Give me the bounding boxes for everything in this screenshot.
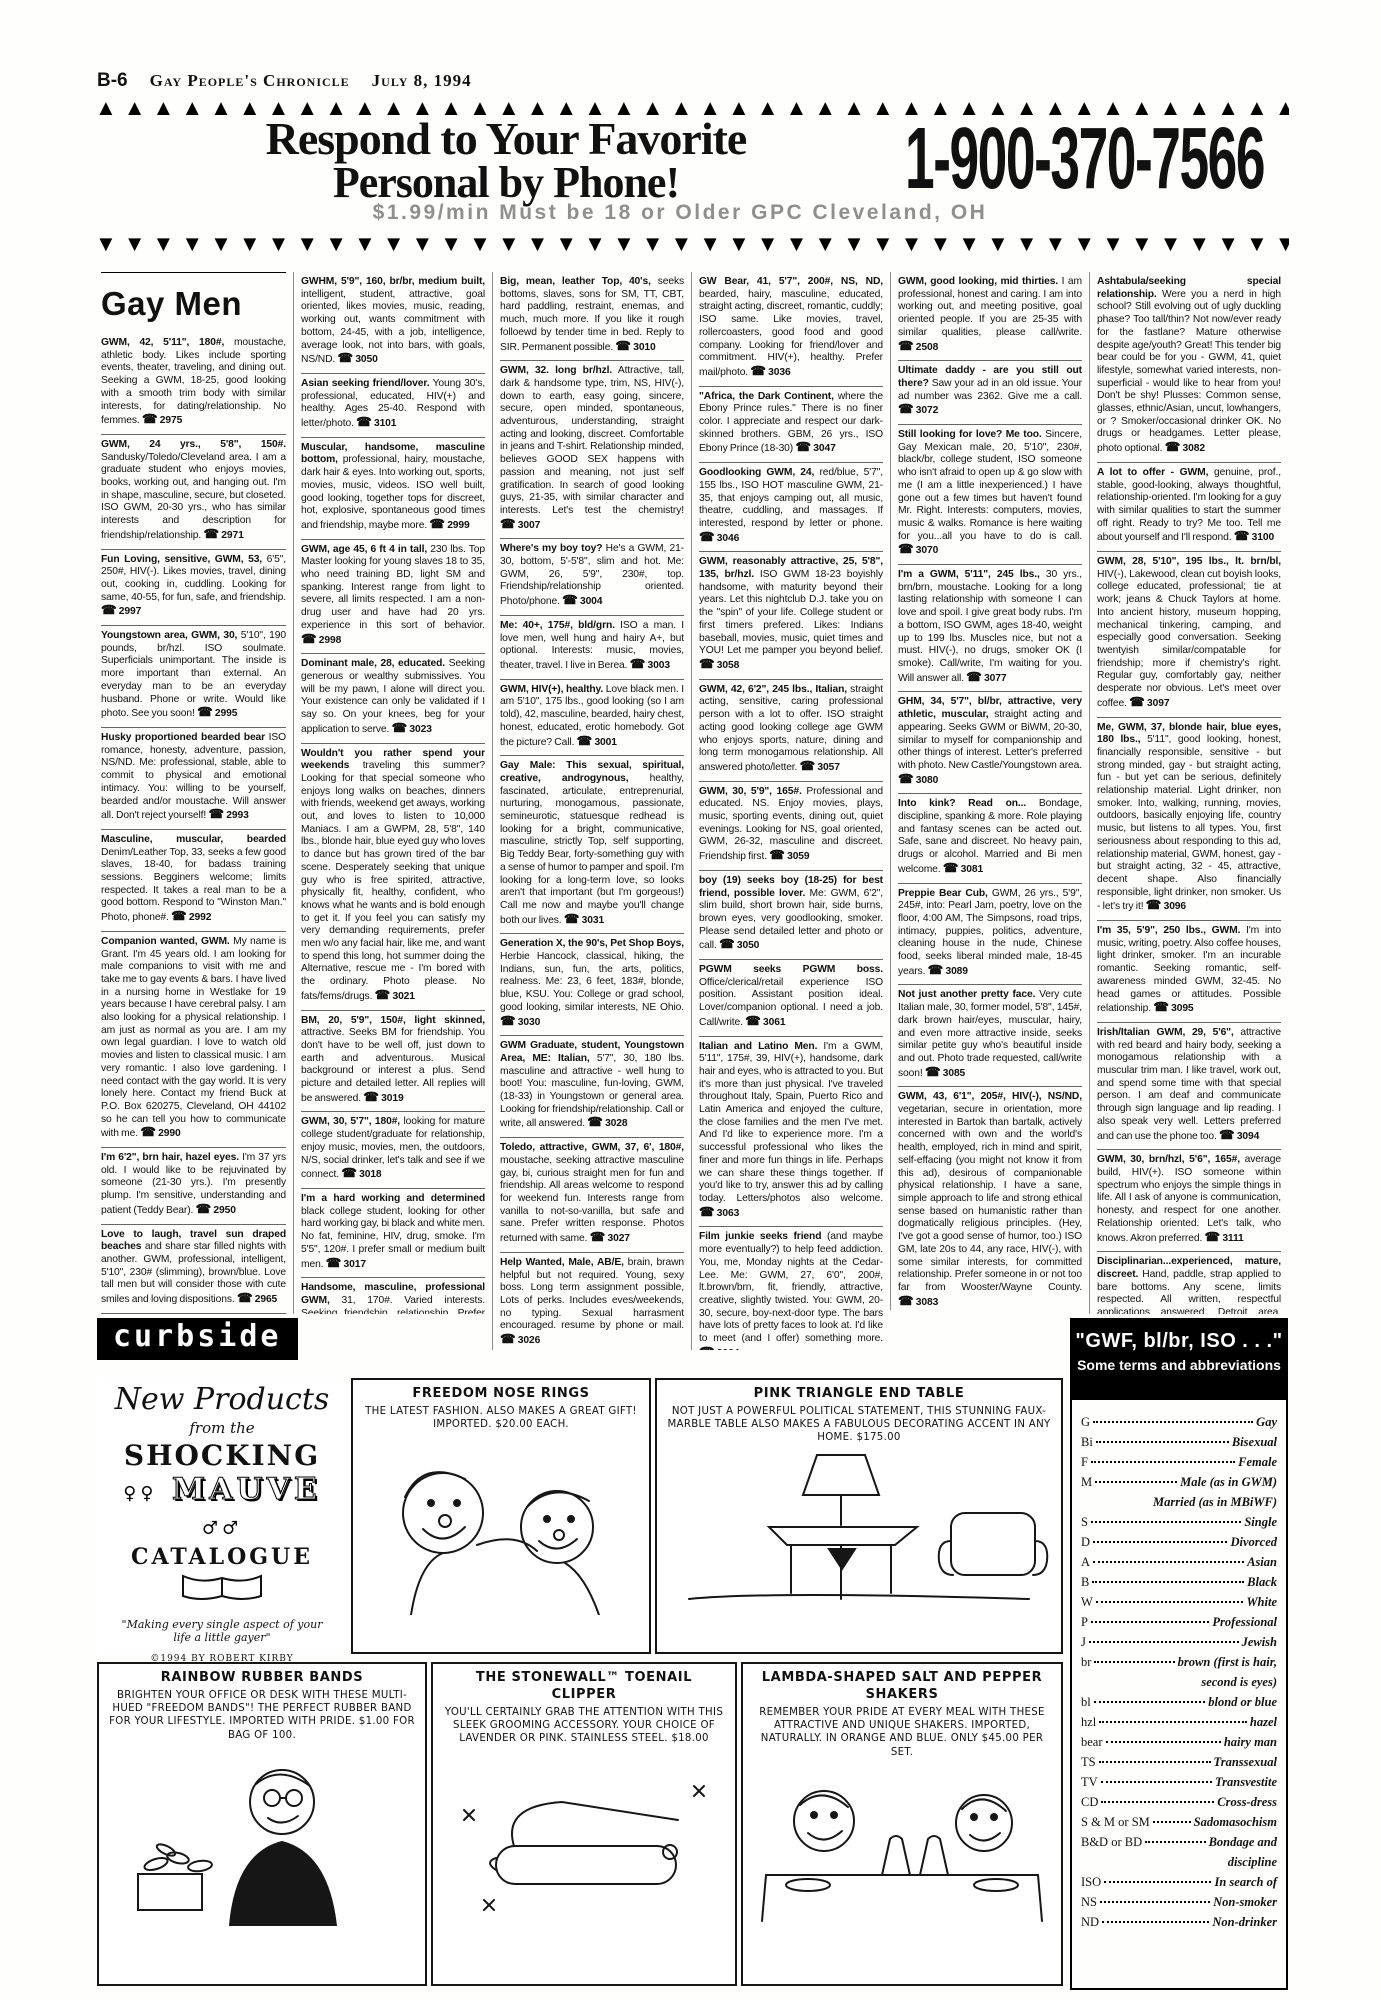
ad-body: Attractive, tall, dark & handsome type, … bbox=[500, 365, 684, 516]
personal-ad: Ashtabula/seeking special relationship. … bbox=[1097, 272, 1281, 463]
ad-phone-extension: ☎ 3004 bbox=[562, 596, 602, 607]
personals-column-5: GWM, good looking, mid thirties. I am pr… bbox=[890, 272, 1089, 1310]
abbreviation: TS bbox=[1081, 1752, 1096, 1772]
abbreviation-term: discipline bbox=[1228, 1852, 1277, 1872]
banner-phone-number: 1-900-370-7566 bbox=[905, 108, 1264, 208]
personal-ad: GWM, 30, brn/hzl, 5'6", 165#, average bu… bbox=[1097, 1150, 1281, 1252]
dotted-leader bbox=[1099, 1721, 1247, 1723]
ad-phone-extension: ☎ 3010 bbox=[615, 342, 655, 353]
ad-phone-extension: ☎ 3100 bbox=[1234, 532, 1274, 543]
abbreviation: S bbox=[1081, 1512, 1088, 1532]
ad-phone-extension: ☎ 3089 bbox=[928, 966, 968, 977]
abbreviation: hzl bbox=[1081, 1712, 1096, 1732]
ad-phone-extension: ☎ 3072 bbox=[898, 405, 938, 416]
ad-phone-extension: ☎ 3030 bbox=[500, 1017, 540, 1028]
ad-lead: Not just another pretty face. bbox=[898, 989, 1035, 1000]
personal-ad: GW Bear, 41, 5'7", 200#, NS, ND, bearded… bbox=[699, 272, 883, 387]
ad-body: bearded, hairy, masculine, educated, str… bbox=[699, 289, 883, 378]
personal-ad: I'm 35, 5'9", 250 lbs., GWM. I'm into mu… bbox=[1097, 921, 1281, 1023]
phone-icon: ☎ bbox=[500, 1014, 515, 1028]
abbreviation: P bbox=[1081, 1612, 1088, 1632]
ad-lead: Big, mean, leather Top, 40's, bbox=[500, 276, 651, 287]
personal-ad: GWM, reasonably attractive, 25, 5'8", 13… bbox=[699, 552, 883, 679]
dotted-leader bbox=[1145, 1841, 1205, 1843]
phone-icon: ☎ bbox=[1234, 529, 1249, 543]
ad-phone-extension: ☎ 2999 bbox=[429, 520, 469, 531]
phone-icon: ☎ bbox=[356, 415, 371, 429]
abbreviation-term: Married (as in MBiWF) bbox=[1153, 1492, 1277, 1512]
abbreviation: CD bbox=[1081, 1792, 1098, 1812]
ad-phone-extension: ☎ 3003 bbox=[630, 660, 670, 671]
ad-body: attractive with red beard and hairy body… bbox=[1097, 1027, 1281, 1142]
ad-lead: I'm a GWM, 5'11", 245 lbs., bbox=[898, 569, 1040, 580]
ad-body: GWM, 26 yrs., 5'9", 245#, into: Pearl Ja… bbox=[898, 888, 1082, 977]
ad-lead: I'm a hard working and determined bbox=[301, 1193, 485, 1204]
ad-lead: GWM, good looking, mid thirties. bbox=[898, 276, 1058, 287]
phone-icon: ☎ bbox=[699, 530, 714, 544]
phone-icon: ☎ bbox=[140, 1125, 155, 1139]
personal-ad: Me: 40+, 175#, bld/grn. ISO a man. I lov… bbox=[500, 616, 684, 680]
ad-body: Herbie Hancock, classical, hiking, the I… bbox=[500, 951, 684, 1013]
ad-phone-extension: ☎ 3097 bbox=[1129, 698, 1169, 709]
panel-caption: RAINBOW RUBBER BANDS BRIGHTEN YOUR OFFIC… bbox=[99, 1664, 425, 1746]
abbreviation-term: Divorced bbox=[1230, 1532, 1277, 1552]
personal-ad: Into kink? Read on... Bondage, disciplin… bbox=[898, 794, 1082, 883]
ad-phone-extension: ☎ 2975 bbox=[142, 415, 182, 426]
abbreviation-term: second is eyes) bbox=[1201, 1672, 1277, 1692]
dotted-leader bbox=[1091, 1621, 1209, 1623]
ad-lead: Still looking for love? Me too. bbox=[898, 429, 1042, 440]
ad-body: straight acting, sensitive, caring profe… bbox=[699, 684, 883, 773]
ad-phone-extension: ☎ 3018 bbox=[341, 1169, 381, 1180]
ad-phone-extension: ☎ 3094 bbox=[1219, 1131, 1259, 1142]
ad-lead: Me: 40+, 175#, bld/grn. bbox=[500, 620, 615, 631]
panel-caption: THE STONEWALL™ TOENAIL CLIPPER YOU'LL CE… bbox=[433, 1664, 735, 1750]
phone-icon: ☎ bbox=[590, 1230, 605, 1244]
catalog-tagline: "Making every single aspect of your life… bbox=[97, 1618, 347, 1644]
phone-icon: ☎ bbox=[171, 909, 186, 923]
catalog-line-1: New Products bbox=[97, 1382, 347, 1417]
ad-phone-extension: ☎ 3064 bbox=[699, 1348, 739, 1350]
dotted-leader bbox=[1093, 1421, 1253, 1423]
dotted-leader bbox=[1099, 1761, 1211, 1763]
panel-title: LAMBDA-SHAPED SALT AND PEPPER SHAKERS bbox=[751, 1670, 1053, 1704]
phone-icon: ☎ bbox=[500, 1332, 515, 1346]
abbreviation: G bbox=[1081, 1412, 1090, 1432]
ad-phone-extension: ☎ 3070 bbox=[898, 545, 938, 556]
ad-lead: GWM, 30, 5'7", 180#, bbox=[301, 1116, 400, 1127]
ad-lead: GWM, HIV(+), healthy. bbox=[500, 684, 603, 695]
phone-icon: ☎ bbox=[338, 351, 353, 365]
personal-ad: GWM, 42, 6'2", 245 lbs., Italian, straig… bbox=[699, 680, 883, 782]
ad-body: Bondage, discipline, spanking & more. Ro… bbox=[898, 798, 1082, 875]
ad-lead: GWHM, 5'9", 160, br/br, medium built, bbox=[301, 276, 485, 287]
abbreviation: Bi bbox=[1081, 1432, 1093, 1452]
dotted-leader bbox=[1091, 1521, 1241, 1523]
comic-panel-toenail-clipper: THE STONEWALL™ TOENAIL CLIPPER YOU'LL CE… bbox=[431, 1662, 737, 1986]
abbreviation-row: CDCross-dress bbox=[1081, 1792, 1277, 1812]
phone-icon: ☎ bbox=[800, 759, 815, 773]
personal-ad: GWM, HIV(+), healthy. Love black men. I … bbox=[500, 680, 684, 757]
abbreviation: ND bbox=[1081, 1912, 1099, 1932]
ad-phone-extension: ☎ 3083 bbox=[898, 1297, 938, 1308]
abbreviation-row: GGay bbox=[1081, 1412, 1277, 1432]
dotted-leader bbox=[1106, 1741, 1221, 1743]
ad-lead: GWM, 30, brn/hzl, 5'6", 165#, bbox=[1097, 1154, 1240, 1165]
personal-ad: Toledo, attractive, GWM, 37, 6', 180#, m… bbox=[500, 1138, 684, 1253]
panel-caption: PINK TRIANGLE END TABLE NOT JUST A POWER… bbox=[657, 1380, 1061, 1449]
abbreviation-term: In search of bbox=[1214, 1872, 1277, 1892]
personal-ad: I'm a hard working and determined black … bbox=[301, 1189, 485, 1278]
personal-ad: I'm a GWM, 5'11", 245 lbs., 30 yrs., brn… bbox=[898, 565, 1082, 692]
abbreviation-term: Bisexual bbox=[1232, 1432, 1277, 1452]
abbreviation: A bbox=[1081, 1552, 1090, 1572]
ad-phone-extension: ☎ 2950 bbox=[196, 1205, 236, 1216]
ad-phone-extension: ☎ 3057 bbox=[800, 762, 840, 773]
ad-phone-extension: ☎ 2992 bbox=[171, 912, 211, 923]
personal-ad: GWM, age 45, 6 ft 4 in tall, 230 lbs. To… bbox=[301, 540, 485, 655]
curbside-strip-title: curbside bbox=[97, 1318, 298, 1360]
ad-phone-extension: ☎ 3063 bbox=[699, 1208, 739, 1219]
ad-body: 5'11", good looking, honest, financially… bbox=[1097, 734, 1281, 912]
ad-phone-extension: ☎ 3031 bbox=[564, 915, 604, 926]
ad-phone-extension: ☎ 3028 bbox=[587, 1118, 627, 1129]
personals-columns: Gay Men GWM, 42, 5'11", 180#, moustache,… bbox=[94, 272, 1288, 1350]
dotted-leader bbox=[1101, 1801, 1214, 1803]
abbreviation-row: ISOIn search of bbox=[1081, 1872, 1277, 1892]
abbreviation-row: discipline bbox=[1081, 1852, 1277, 1872]
ad-lead: Italian and Latino Men. bbox=[699, 1041, 817, 1052]
abbreviation-row: SSingle bbox=[1081, 1512, 1277, 1532]
ad-lead: Fun Loving, sensitive, GWM, 53, bbox=[101, 554, 262, 565]
personal-ad: Wouldn't you rather spend your weekends … bbox=[301, 744, 485, 1011]
abbreviation: TV bbox=[1081, 1772, 1098, 1792]
ad-body: Were you a nerd in high school? Still ev… bbox=[1097, 289, 1281, 454]
personal-ad: GWM, 28, 5'10", 195 lbs., lt. brn/bl, HI… bbox=[1097, 552, 1281, 717]
phone-icon: ☎ bbox=[943, 861, 958, 875]
ad-lead: Help Wanted, Male, AB/E, bbox=[500, 1257, 624, 1268]
ad-body: Sandusky/Toledo/Cleveland area. I am a g… bbox=[101, 452, 286, 541]
personal-ad: Goodlooking GWM, 24, red/blue, 5'7", 155… bbox=[699, 463, 883, 552]
abbreviation: M bbox=[1081, 1472, 1092, 1492]
phone-icon: ☎ bbox=[326, 1256, 341, 1270]
open-catalog-icon bbox=[177, 1570, 267, 1604]
personal-ad: GWM Graduate, student, Youngstown Area, … bbox=[500, 1036, 684, 1138]
ad-phone-extension: ☎ 3050 bbox=[719, 940, 759, 951]
personal-ad: Preppie Bear Cub, GWM, 26 yrs., 5'9", 24… bbox=[898, 884, 1082, 986]
ad-lead: GWM, 30, 5'9", 165#. bbox=[699, 786, 802, 797]
comic-strip: New Products from the SHOCKING ♀♀ MAUVE … bbox=[97, 1372, 1063, 1990]
ad-lead: Goodlooking GWM, 24, bbox=[699, 467, 814, 478]
comic-panel-shakers: LAMBDA-SHAPED SALT AND PEPPER SHAKERS RE… bbox=[741, 1662, 1063, 1986]
personal-ad: Help Wanted, Male, AB/E, brain, brawn he… bbox=[500, 1253, 684, 1350]
panel-body: YOU'LL CERTAINLY GRAB THE ATTENTION WITH… bbox=[445, 1707, 723, 1745]
ad-lead: Preppie Bear Cub, bbox=[898, 888, 988, 899]
ad-phone-extension: ☎ 3082 bbox=[1165, 443, 1205, 454]
ad-phone-extension: ☎ 3111 bbox=[1205, 1233, 1244, 1244]
abbreviation-row: hzlhazel bbox=[1081, 1712, 1277, 1732]
abbreviation-row: PProfessional bbox=[1081, 1612, 1277, 1632]
panel-title: THE STONEWALL™ TOENAIL CLIPPER bbox=[441, 1670, 727, 1704]
phone-icon: ☎ bbox=[429, 517, 444, 531]
personal-ad: Masculine, muscular, bearded Denim/Leath… bbox=[101, 830, 286, 932]
ad-lead: Asian seeking friend/lover. bbox=[301, 378, 429, 389]
ad-body: HIV(-), Lakewood, clean cut boyish looks… bbox=[1097, 569, 1281, 709]
ad-body: I'm a GWM, 5'11", 175#, 39, HIV(+), hand… bbox=[699, 1041, 883, 1204]
abbreviations-list: GGayBiBisexualFFemaleMMale (as in GWM)Ma… bbox=[1070, 1398, 1288, 1990]
panel-caption: FREEDOM NOSE RINGS THE LATEST FASHION. A… bbox=[353, 1380, 649, 1435]
ad-body: ISO romance, honesty, adventure, passion… bbox=[101, 732, 286, 821]
personal-ad: GWM, 42, 5'11", 180#, moustache, athleti… bbox=[101, 333, 286, 435]
ad-phone-extension: ☎ 3058 bbox=[699, 660, 739, 671]
personal-ad: Companion wanted, GWM. My name is Grant.… bbox=[101, 932, 286, 1148]
abbreviation-term: White bbox=[1246, 1592, 1277, 1612]
ad-lead: A lot to offer - GWM, bbox=[1097, 467, 1208, 478]
dotted-leader bbox=[1153, 1821, 1191, 1823]
ad-phone-extension: ☎ 3059 bbox=[769, 851, 809, 862]
ad-lead: Generation X, the 90's, Pet Shop Boys, bbox=[500, 938, 684, 949]
ad-phone-extension: ☎ 3080 bbox=[898, 775, 938, 786]
phone-icon: ☎ bbox=[500, 517, 515, 531]
ad-phone-extension: ☎ 3036 bbox=[750, 367, 790, 378]
abbreviation-row: FFemale bbox=[1081, 1452, 1277, 1472]
comic-panel-nose-rings: FREEDOM NOSE RINGS THE LATEST FASHION. A… bbox=[351, 1378, 651, 1654]
ad-lead: GWM, 43, 6'1", 205#, HIV(-), NS/ND, bbox=[898, 1091, 1082, 1102]
ad-lead: GWM, 42, 6'2", 245 lbs., Italian, bbox=[699, 684, 847, 695]
ad-body: traveling this summer? Looking for that … bbox=[301, 760, 485, 1002]
ad-lead: GWM, 42, 5'11", 180#, bbox=[101, 337, 224, 348]
abbreviation: W bbox=[1081, 1592, 1093, 1612]
ad-phone-extension: ☎ 3085 bbox=[925, 1068, 965, 1079]
personal-ad: boy (19) seeks boy (18-25) for best frie… bbox=[699, 871, 883, 960]
abbreviation-row: NSNon-smoker bbox=[1081, 1892, 1277, 1912]
newspaper-page: B-6 Gay People's Chronicle July 8, 1994 … bbox=[0, 0, 1381, 1999]
ad-lead: PGWM seeks PGWM boss. bbox=[699, 964, 883, 975]
ad-body: ISO GWM 18-23 boyishly handsome, with ma… bbox=[699, 569, 883, 656]
ad-body: 5'10", 190 pounds, br/hzl. ISO soulmate.… bbox=[101, 630, 286, 719]
abbreviation-term: Gay bbox=[1256, 1412, 1277, 1432]
personal-ad: GWM, good looking, mid thirties. I am pr… bbox=[898, 272, 1082, 361]
abbreviation: bl bbox=[1081, 1692, 1091, 1712]
ad-lead: Where's my boy toy? bbox=[500, 543, 602, 554]
ad-lead: I'm 35, 5'9", 250 lbs., GWM. bbox=[1097, 925, 1240, 936]
phone-icon: ☎ bbox=[1165, 440, 1180, 454]
ad-body: Office/clerical/retail experience ISO po… bbox=[699, 977, 883, 1028]
phone-icon: ☎ bbox=[562, 593, 577, 607]
dotted-leader bbox=[1092, 1581, 1244, 1583]
dotted-leader bbox=[1100, 1901, 1210, 1903]
phone-icon: ☎ bbox=[208, 807, 223, 821]
ad-body: Sincere, Gay Mexican male, 20, 5'10", 23… bbox=[898, 429, 1082, 542]
ad-lead: GWM, age 45, 6 ft 4 in tall, bbox=[301, 544, 427, 555]
abbreviation-term: Professional bbox=[1212, 1612, 1277, 1632]
personal-ad: GWM, 30, 5'7", 180#, looking for mature … bbox=[301, 1112, 485, 1189]
abbreviation-row: NDNon-drinker bbox=[1081, 1912, 1277, 1932]
personal-ad: GWM, 30, 5'9", 165#. Professional and ed… bbox=[699, 782, 883, 871]
ad-body: moustache, athletic body. Likes include … bbox=[101, 337, 286, 426]
abbreviation-term: Female bbox=[1238, 1452, 1277, 1472]
abbreviation-row: brbrown (first is hair, bbox=[1081, 1652, 1277, 1672]
ad-lead: Dominant male, 28, educated. bbox=[301, 658, 445, 669]
ad-phone-extension: ☎ 3081 bbox=[943, 864, 983, 875]
panel-body: NOT JUST A POWERFUL POLITICAL STATEMENT,… bbox=[667, 1406, 1050, 1444]
personal-ad: Still looking for love? Me too. Sincere,… bbox=[898, 425, 1082, 565]
abbreviation: B bbox=[1081, 1572, 1089, 1592]
personal-ad: A lot to offer - GWM, genuine, prof., st… bbox=[1097, 463, 1281, 552]
ad-phone-extension: ☎ 3026 bbox=[500, 1335, 540, 1346]
panel-body: THE LATEST FASHION. ALSO MAKES A GREAT G… bbox=[365, 1406, 637, 1430]
phone-icon: ☎ bbox=[898, 1294, 913, 1308]
phone-icon: ☎ bbox=[898, 339, 913, 353]
page-number: B-6 bbox=[97, 70, 128, 92]
phone-icon: ☎ bbox=[966, 670, 981, 684]
abbreviation-term: Single bbox=[1244, 1512, 1277, 1532]
ad-lead: Youngstown area, GWM, 30, bbox=[101, 630, 237, 641]
phone-icon: ☎ bbox=[898, 772, 913, 786]
abbreviation-term: hazel bbox=[1250, 1712, 1277, 1732]
abbreviation-term: brown (first is hair, bbox=[1178, 1652, 1277, 1672]
end-table-art bbox=[669, 1449, 1049, 1609]
comic-panel-rubber-bands: RAINBOW RUBBER BANDS BRIGHTEN YOUR OFFIC… bbox=[97, 1662, 427, 1986]
phone-icon: ☎ bbox=[392, 721, 407, 735]
phone-icon: ☎ bbox=[1219, 1128, 1234, 1142]
ad-lead: GW Bear, 41, 5'7", 200#, NS, ND, bbox=[699, 276, 883, 287]
phone-icon: ☎ bbox=[237, 1291, 252, 1305]
personal-ad: Big, mean, leather Top, 40's, seeks bott… bbox=[500, 272, 684, 361]
ad-lead: "Africa, the Dark Continent, bbox=[699, 391, 834, 402]
abbreviation: br bbox=[1081, 1652, 1091, 1672]
abbreviation-term: Male (as in GWM) bbox=[1180, 1472, 1277, 1492]
ad-phone-extension: ☎ 3101 bbox=[356, 418, 396, 429]
toenail-clipper-art bbox=[444, 1750, 724, 1930]
abbreviation-row: BiBisexual bbox=[1081, 1432, 1277, 1452]
dotted-leader bbox=[1089, 1641, 1239, 1643]
ad-body: vegetarian, secure in orientation, more … bbox=[898, 1104, 1082, 1293]
personal-ad: Film junkie seeks friend (and maybe more… bbox=[699, 1227, 883, 1350]
banner-headline-line2: Personal by Phone! bbox=[100, 161, 912, 204]
abbreviation-row: second is eyes) bbox=[1081, 1672, 1277, 1692]
personal-ad: BM, 20, 5'9", 150#, light skinned, attra… bbox=[301, 1011, 485, 1113]
ad-phone-extension: ☎ 2995 bbox=[197, 708, 237, 719]
ad-lead: Toledo, attractive, GWM, 37, 6', 180#, bbox=[500, 1142, 684, 1153]
ad-phone-extension: ☎ 2990 bbox=[140, 1128, 180, 1139]
ad-phone-extension: ☎ 3021 bbox=[375, 991, 415, 1002]
personal-ad: Fun Loving, sensitive, GWM, 53, 6'5", 25… bbox=[101, 550, 286, 627]
abbreviation-row: blblond or blue bbox=[1081, 1692, 1277, 1712]
phone-icon: ☎ bbox=[1153, 1000, 1168, 1014]
phone-icon: ☎ bbox=[699, 1345, 714, 1350]
phone-icon: ☎ bbox=[375, 988, 390, 1002]
personal-ad: Disciplinarian...experienced, mature, di… bbox=[1097, 1252, 1281, 1314]
ad-lead: GWM, 32. long br/hzl. bbox=[500, 365, 612, 376]
personal-ad: GWHM, 5'9", 160, br/br, medium built, in… bbox=[301, 272, 485, 374]
panel-caption: LAMBDA-SHAPED SALT AND PEPPER SHAKERS RE… bbox=[743, 1664, 1061, 1763]
male-symbols: ♂♂ bbox=[202, 1518, 242, 1539]
phone-icon: ☎ bbox=[577, 734, 592, 748]
personal-ad: Muscular, handsome, masculine bottom, pr… bbox=[301, 438, 485, 540]
catalog-line-2: from the bbox=[97, 1419, 347, 1437]
publication-name: Gay People's Chronicle bbox=[150, 71, 350, 91]
dotted-leader bbox=[1094, 1661, 1174, 1663]
abbreviation: J bbox=[1081, 1632, 1086, 1652]
abbreviation-row: MMale (as in GWM) bbox=[1081, 1472, 1277, 1492]
dotted-leader bbox=[1102, 1921, 1209, 1923]
ad-phone-extension: ☎ 2508 bbox=[898, 342, 938, 353]
ad-phone-extension: ☎ 3096 bbox=[1146, 901, 1186, 912]
personals-column-6: Ashtabula/seeking special relationship. … bbox=[1089, 272, 1288, 1314]
abbreviation-row: B&D or BDBondage and bbox=[1081, 1832, 1277, 1852]
ad-phone-extension: ☎ 3095 bbox=[1153, 1003, 1193, 1014]
personal-ad: I'm 6'2", brn hair, hazel eyes. I'm 37 y… bbox=[101, 1148, 286, 1225]
ad-phone-extension: ☎ 3061 bbox=[745, 1017, 785, 1028]
phone-icon: ☎ bbox=[925, 1065, 940, 1079]
abbreviation-row: TVTransvestite bbox=[1081, 1772, 1277, 1792]
dotted-leader bbox=[1104, 1881, 1211, 1883]
dotted-leader bbox=[1093, 1561, 1244, 1563]
dotted-leader bbox=[1093, 1541, 1227, 1543]
dotted-leader bbox=[1096, 1441, 1229, 1443]
shakers-art bbox=[752, 1763, 1052, 1923]
banner-terms: $1.99/min Must be 18 or Older GPC Clevel… bbox=[250, 201, 1110, 225]
phone-icon: ☎ bbox=[1146, 898, 1161, 912]
phone-icon: ☎ bbox=[142, 412, 157, 426]
ad-phone-extension: ☎ 3001 bbox=[577, 737, 617, 748]
phone-icon: ☎ bbox=[587, 1115, 602, 1129]
ad-body: healthy, fascinated, articulate, entrepr… bbox=[500, 773, 684, 926]
masthead: B-6 Gay People's Chronicle July 8, 1994 bbox=[97, 70, 472, 92]
phone-icon: ☎ bbox=[1129, 695, 1144, 709]
phone-icon: ☎ bbox=[699, 657, 714, 671]
phone-icon: ☎ bbox=[630, 657, 645, 671]
personals-column-3: Big, mean, leather Top, 40's, seeks bott… bbox=[492, 272, 691, 1350]
abbreviation-term: Black bbox=[1247, 1572, 1277, 1592]
ad-phone-extension: ☎ 3046 bbox=[699, 533, 739, 544]
panel-title: FREEDOM NOSE RINGS bbox=[361, 1386, 641, 1403]
rubber-bands-art bbox=[112, 1746, 412, 1926]
phone-icon: ☎ bbox=[341, 1166, 356, 1180]
personal-ad: Italian and Latino Men. I'm a GWM, 5'11"… bbox=[699, 1037, 883, 1228]
ad-phone-extension: ☎ 2998 bbox=[301, 635, 341, 646]
ad-phone-extension: ☎ 3019 bbox=[363, 1093, 403, 1104]
dotted-leader bbox=[1095, 1481, 1177, 1483]
personal-ad: Love to laugh, travel sun draped beaches… bbox=[101, 1225, 286, 1314]
phone-icon: ☎ bbox=[769, 848, 784, 862]
personal-ad: GWM, 24 yrs., 5'8", 150#. Sandusky/Toled… bbox=[101, 435, 286, 550]
abbreviation-term: Transsexual bbox=[1214, 1752, 1277, 1772]
abbreviation: bear bbox=[1081, 1732, 1103, 1752]
ad-lead: Companion wanted, GWM. bbox=[101, 936, 230, 947]
triangle-border-bottom: ▼▼▼▼▼▼▼▼▼▼▼▼▼▼▼▼▼▼▼▼▼▼▼▼▼▼▼▼▼▼▼▼▼▼▼▼▼▼▼▼… bbox=[95, 232, 1289, 256]
phone-icon: ☎ bbox=[204, 527, 219, 541]
abbreviation-row: bearhairy man bbox=[1081, 1732, 1277, 1752]
ad-phone-extension: ☎ 2971 bbox=[204, 530, 244, 541]
issue-date: July 8, 1994 bbox=[372, 71, 472, 91]
personal-ad: Handsome, masculine, professional GWM, 3… bbox=[301, 1278, 485, 1314]
panel-title: PINK TRIANGLE END TABLE bbox=[665, 1386, 1053, 1403]
abbreviation-term: Jewish bbox=[1242, 1632, 1277, 1652]
abbreviation-term: Non-smoker bbox=[1213, 1892, 1277, 1912]
phone-icon: ☎ bbox=[928, 963, 943, 977]
personal-ad: Dominant male, 28, educated. Seeking gen… bbox=[301, 654, 485, 743]
catalog-line-4: ♀♀ MAUVE ♂♂ bbox=[97, 1472, 347, 1542]
personal-ad: Me, GWM, 37, blonde hair, blue eyes, 180… bbox=[1097, 718, 1281, 922]
ad-body: (and maybe more eventually?) to help fee… bbox=[699, 1231, 883, 1344]
personal-ad: PGWM seeks PGWM boss. Office/clerical/re… bbox=[699, 960, 883, 1037]
ad-body: 230 lbs. Top Master looking for young sl… bbox=[301, 544, 485, 631]
dotted-leader bbox=[1094, 1701, 1206, 1703]
ad-lead: Masculine, muscular, bearded bbox=[101, 834, 286, 845]
ad-phone-extension: ☎ 3077 bbox=[966, 673, 1006, 684]
